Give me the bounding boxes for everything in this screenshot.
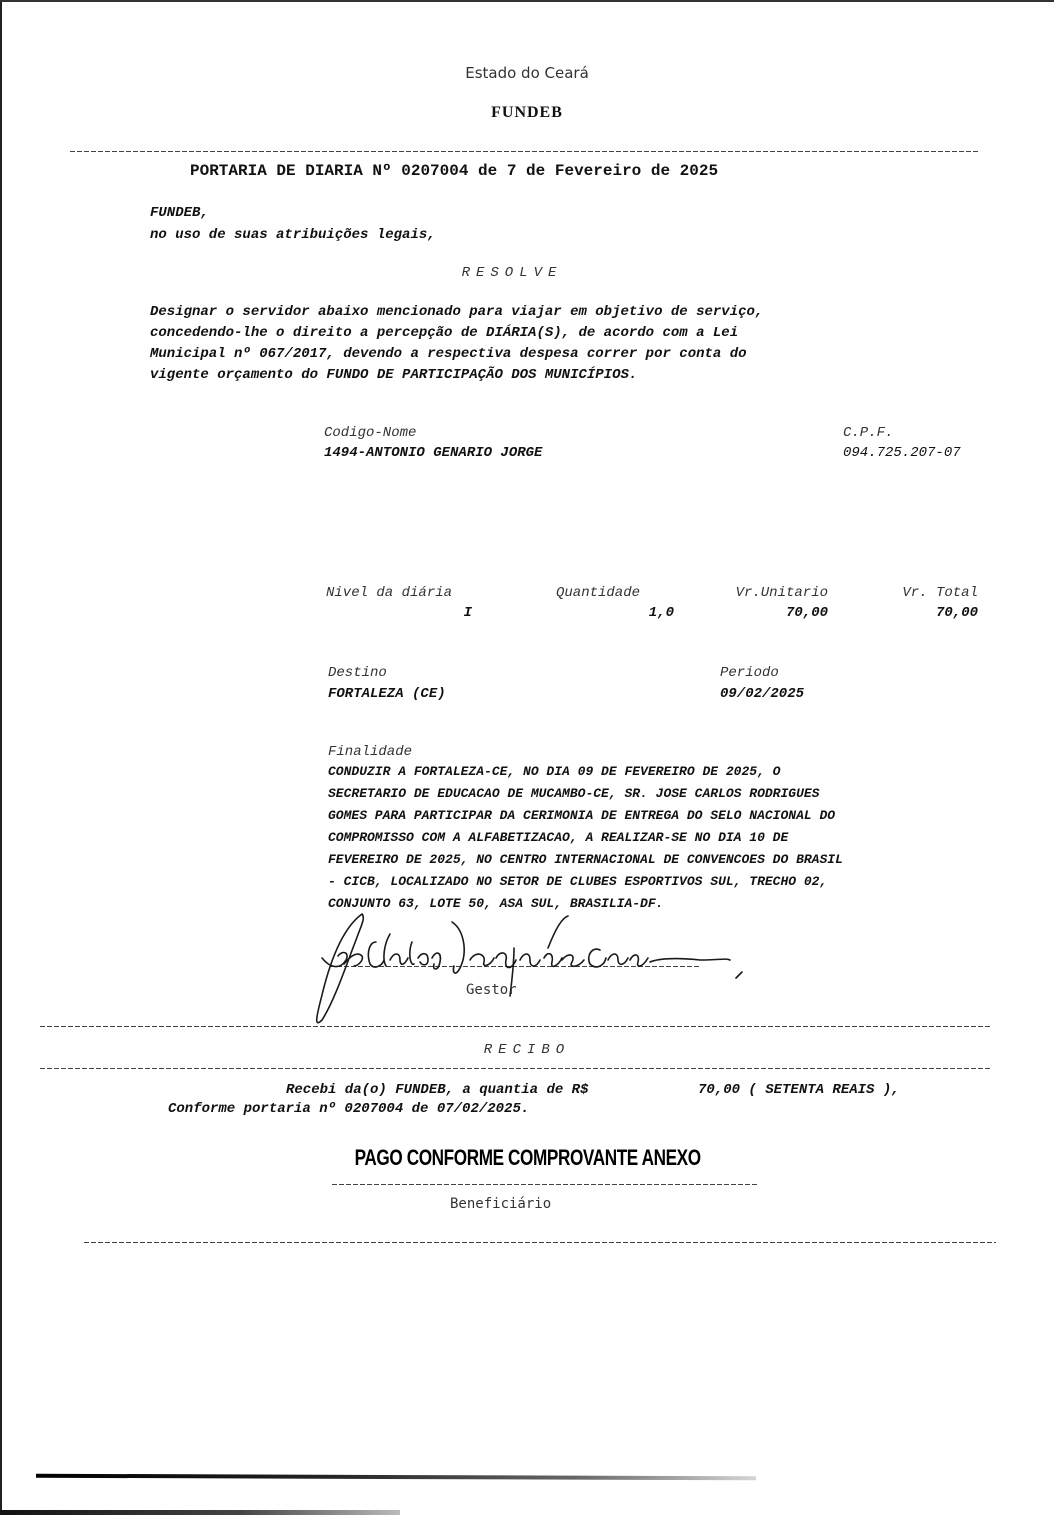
finalidade-line: - CICB, LOCALIZADO NO SETOR DE CLUBES ES…: [328, 874, 827, 889]
destino-value: FORTALEZA (CE): [328, 686, 446, 702]
organization-name: FUNDEB: [0, 104, 1054, 122]
nivel-value: I: [326, 605, 472, 621]
quantidade-label: Quantidade: [556, 585, 640, 601]
beneficiario-line: [332, 1184, 758, 1185]
vr-unitario-label: Vr.Unitario: [700, 585, 828, 601]
resolve-heading: RESOLVE: [0, 265, 1024, 281]
finalidade-line: GOMES PARA PARTICIPAR DA CERIMONIA DE EN…: [328, 808, 835, 823]
finalidade-label: Finalidade: [328, 744, 412, 760]
scan-edge-left: [0, 0, 2, 1515]
scan-artifact-bar: [36, 1474, 756, 1481]
beneficiario-label: Beneficiário: [450, 1196, 551, 1212]
issuer: FUNDEB,: [150, 203, 209, 224]
periodo-value: 09/02/2025: [720, 686, 804, 702]
divider-recibo-top: [40, 1026, 992, 1027]
recibo-heading: RECIBO: [0, 1042, 1054, 1058]
handwritten-signature-icon: [300, 900, 900, 1030]
destino-label: Destino: [328, 665, 387, 681]
cpf-value: 094.725.207-07: [843, 445, 961, 461]
body-line: Designar o servidor abaixo mencionado pa…: [150, 302, 763, 323]
body-line: vigente orçamento do FUNDO DE PARTICIPAÇ…: [150, 365, 637, 386]
divider-header: [70, 151, 978, 152]
nivel-label: Nivel da diária: [326, 585, 452, 601]
finalidade-line: SECRETARIO DE EDUCACAO DE MUCAMBO-CE, SR…: [328, 786, 819, 801]
state-name: Estado do Ceará: [0, 64, 1054, 82]
codigo-nome-value: 1494-ANTONIO GENARIO JORGE: [324, 445, 542, 461]
divider-recibo-bottom: [40, 1068, 992, 1069]
finalidade-line: CONDUZIR A FORTALEZA-CE, NO DIA 09 DE FE…: [328, 764, 780, 779]
vr-total-value: 70,00: [860, 605, 978, 621]
recibo-line-portaria: Conforme portaria nº 0207004 de 07/02/20…: [168, 1101, 529, 1117]
body-line: concedendo-lhe o direito a percepção de …: [150, 323, 738, 344]
recibo-line-prefix: Recebi da(o) FUNDEB, a quantia de R$: [286, 1082, 588, 1098]
periodo-label: Periodo: [720, 665, 779, 681]
payment-stamp: PAGO CONFORME COMPROVANTE ANEXO: [117, 1145, 939, 1171]
scan-edge-top: [0, 0, 1054, 2]
finalidade-line: COMPROMISSO COM A ALFABETIZACAO, A REALI…: [328, 830, 788, 845]
portaria-title: PORTARIA DE DIARIA Nº 0207004 de 7 de Fe…: [190, 162, 718, 180]
divider-footer: [84, 1242, 996, 1243]
vr-unitario-value: 70,00: [700, 605, 828, 621]
body-line: Municipal nº 067/2017, devendo a respect…: [150, 344, 747, 365]
gestor-label: Gestor: [466, 982, 517, 998]
quantidade-value: 1,0: [556, 605, 674, 621]
codigo-nome-label: Codigo-Nome: [324, 425, 416, 441]
scan-edge-bottom: [0, 1510, 400, 1515]
cpf-label: C.P.F.: [843, 425, 893, 441]
finalidade-line: FEVEREIRO DE 2025, NO CENTRO INTERNACION…: [328, 852, 843, 867]
preamble: no uso de suas atribuições legais,: [150, 225, 436, 246]
vr-total-label: Vr. Total: [860, 585, 978, 601]
recibo-amount: 70,00 ( SETENTA REAIS ),: [698, 1082, 900, 1098]
